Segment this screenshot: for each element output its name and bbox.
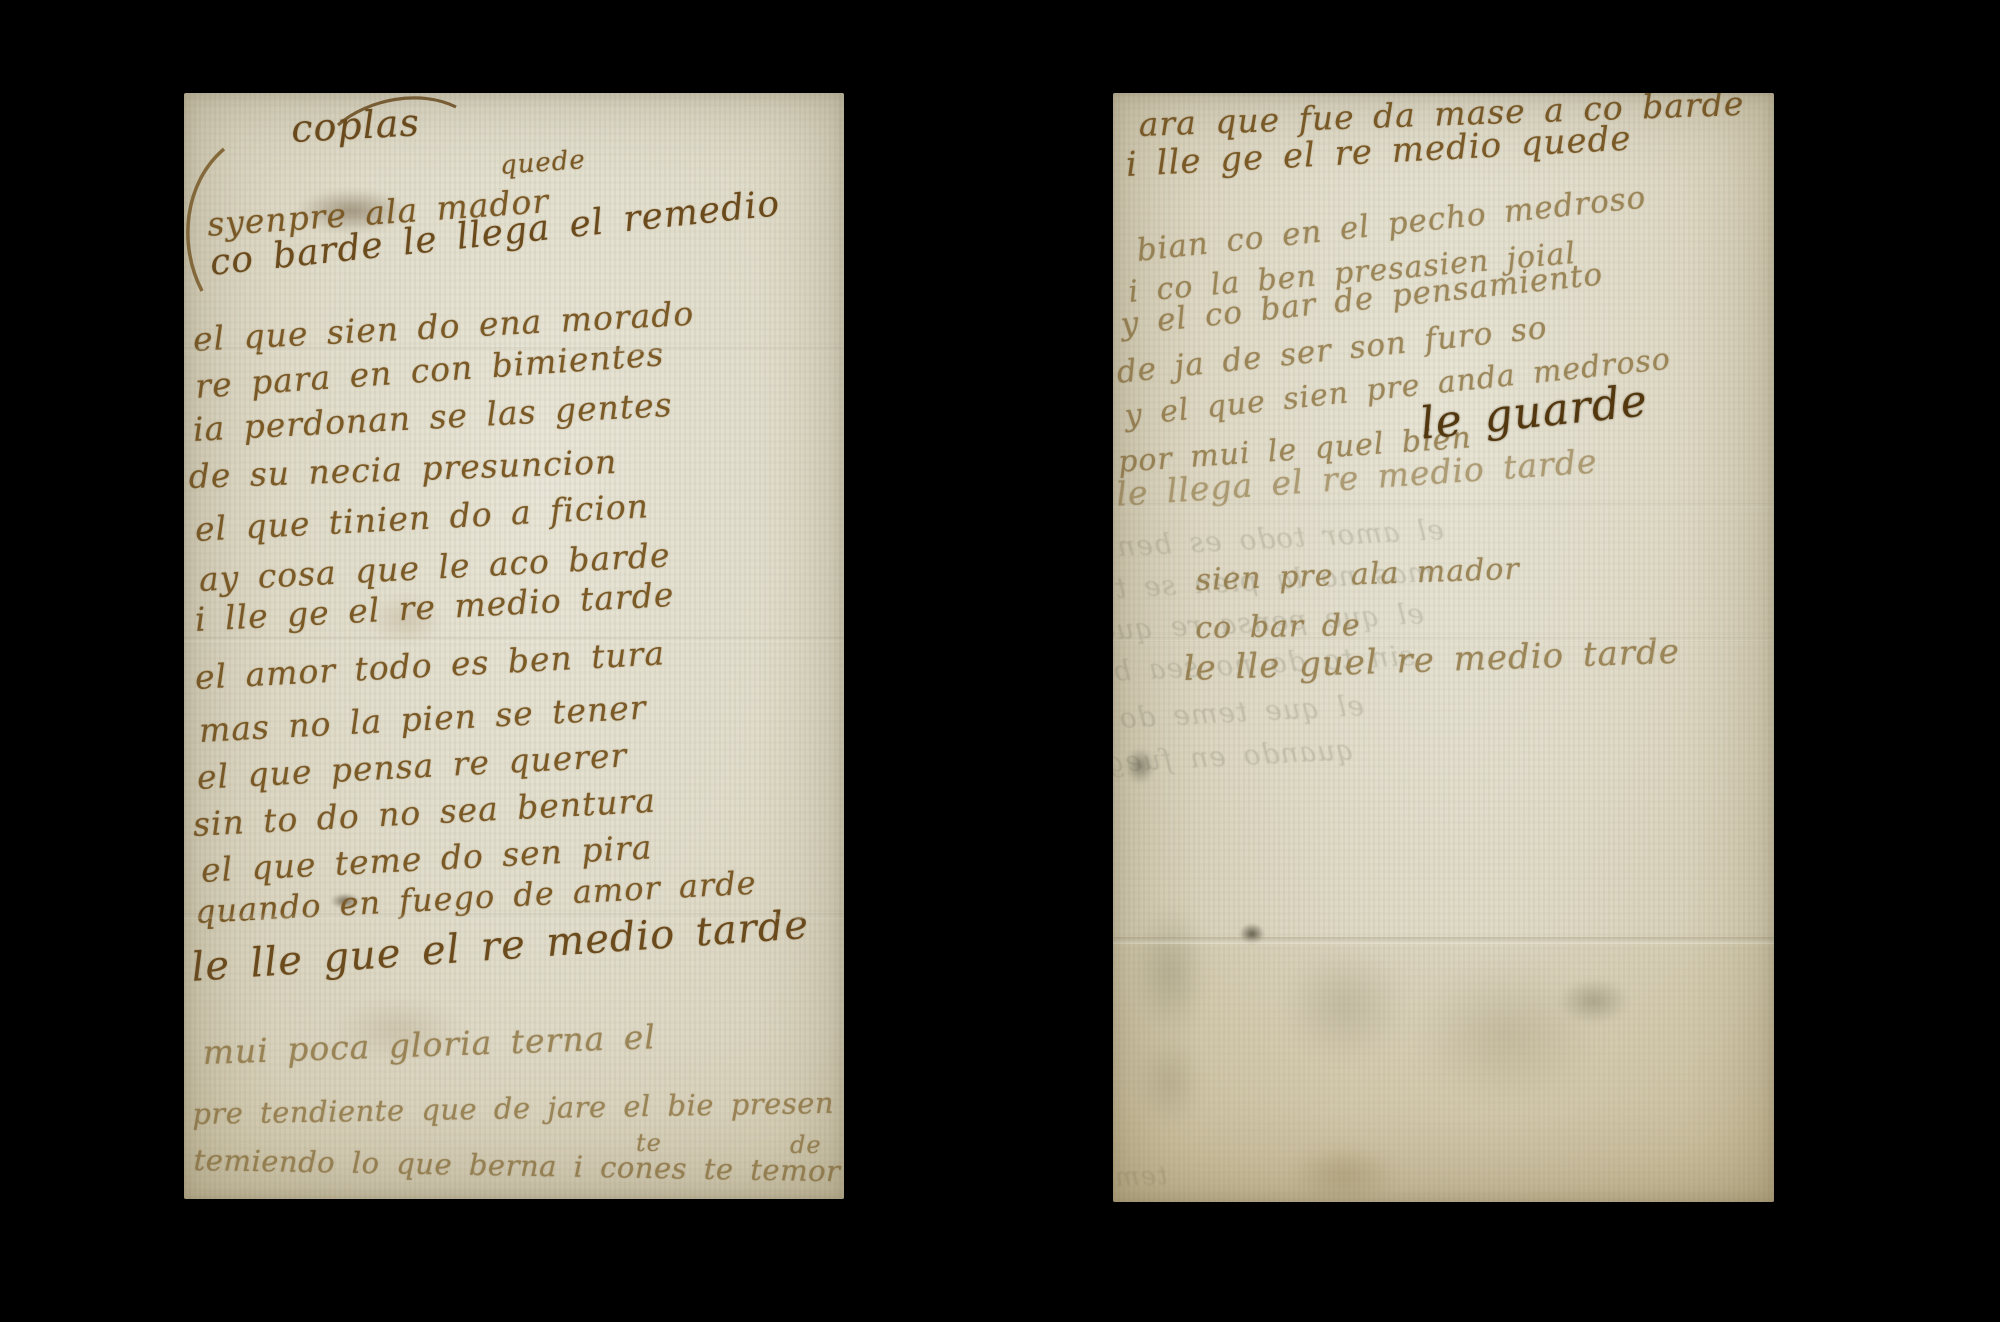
paper-tone-overlay [1113,937,1774,1202]
ink-blot [1239,923,1265,945]
ghost-line: temiendo lo que berna i cones te temor [1113,1161,1168,1202]
manuscript-line: el amor todo es ben tura [194,633,666,697]
paper-stain [1413,963,1598,1108]
manuscript-page-left: ara que fue da mase a co barde i lle ge … [184,93,844,1199]
manuscript-line: de su necia presuncion [188,442,618,496]
paper-stain [1288,1143,1400,1202]
ghost-line: quando en fuego de amor arde [1113,733,1355,792]
paper-stain [1138,1033,1202,1128]
fold-crease [1113,937,1774,944]
manuscript-line: co bar de [1195,608,1361,646]
manuscript-line: sien pre ala mador [1195,552,1520,598]
interlinear-note: quede [499,145,587,181]
manuscript-line: pre tendiente que de jare el bie presen [192,1086,834,1131]
flourish-stroke [334,93,464,133]
photo-background: ara que fue da mase a co barde i lle ge … [0,0,2000,1322]
paper-stain [1558,978,1630,1024]
manuscript-page-right: ara que fue da mase a co barde i lle ge … [1113,93,1774,1202]
manuscript-line: temiendo lo que berna i cones te temor [193,1143,840,1188]
interlinear-note: te [636,1129,662,1157]
interlinear-note: de [790,1131,822,1159]
paper-stain [1133,903,1207,1043]
paper-stain [1283,948,1408,1063]
manuscript-line: mui poca gloria terna el [202,1017,656,1072]
